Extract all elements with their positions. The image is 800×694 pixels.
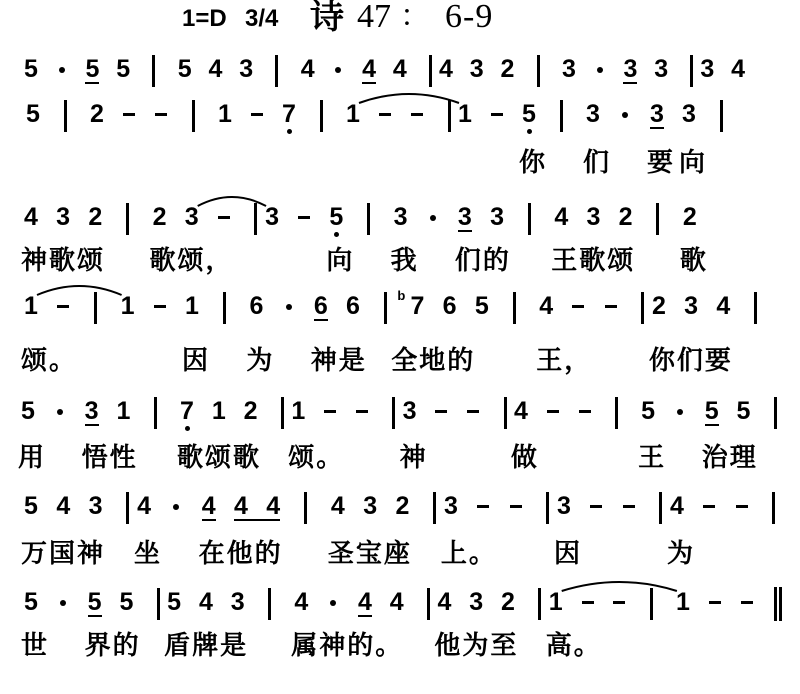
note: 1 xyxy=(116,399,130,424)
beam-underline xyxy=(85,424,99,426)
verse-range: 6-9 xyxy=(445,0,493,34)
note: 1 xyxy=(212,399,226,424)
augmentation-dot xyxy=(335,67,341,73)
score-sheet: 1=D 3/4 诗 47 ： 6-9 55554344443233334 521… xyxy=(0,0,800,694)
augmentation-dot xyxy=(59,67,65,73)
augmentation-dot xyxy=(597,67,603,73)
note: 3 xyxy=(700,57,714,82)
note: 2 xyxy=(501,57,515,82)
lyric-syllables: 颂。 xyxy=(288,445,344,471)
lyric-syllables: 们 xyxy=(583,150,611,176)
lyric-syllables: 属神的。 xyxy=(291,633,403,659)
note: 5 xyxy=(86,57,100,82)
note: 3 xyxy=(623,57,637,82)
duration-dash xyxy=(605,305,617,308)
note: 3 xyxy=(654,57,668,82)
lyric-syllables: 神是 xyxy=(311,348,367,374)
barline xyxy=(126,492,129,524)
note: 3 xyxy=(403,399,417,424)
note: 5 xyxy=(24,57,38,82)
duration-dash xyxy=(435,410,447,413)
lyric-syllables: 做 xyxy=(511,445,539,471)
lyric-syllables: 颂。 xyxy=(21,348,77,374)
duration-dash xyxy=(736,505,748,508)
lyric-syllables: 为 xyxy=(246,348,274,374)
low-octave-dot xyxy=(185,426,190,431)
low-octave-dot xyxy=(287,129,292,134)
lyric-syllables: 你 xyxy=(519,150,547,176)
barline xyxy=(659,492,662,524)
note: 4 xyxy=(208,57,222,82)
note: 7 xyxy=(180,399,194,424)
lyric-syllables: 盾牌是 xyxy=(164,633,248,659)
barline xyxy=(772,492,775,524)
duration-dash xyxy=(218,216,230,219)
lyric-syllables: 万国神 xyxy=(21,541,105,567)
lyric-syllables: 王， xyxy=(536,348,592,374)
duration-dash xyxy=(467,410,479,413)
note: 3 xyxy=(239,57,253,82)
chapter-number: 47 xyxy=(357,0,391,34)
lyric-syllables: 圣宝座 xyxy=(328,541,412,567)
lyric-syllables: 向 xyxy=(326,248,354,274)
note: 2 xyxy=(395,494,409,519)
duration-dash xyxy=(324,410,336,413)
duration-dash xyxy=(709,601,721,604)
low-octave-dot xyxy=(334,232,339,237)
duration-dash xyxy=(623,505,635,508)
duration-dash xyxy=(510,505,522,508)
lyric-syllables: 用 xyxy=(18,445,46,471)
note: 5 xyxy=(116,57,130,82)
duration-dash xyxy=(547,410,559,413)
duration-dash xyxy=(491,113,503,116)
note: 4 xyxy=(56,494,70,519)
beam-underline xyxy=(314,319,328,321)
lyric-syllables: 王 xyxy=(638,445,666,471)
duration-dash xyxy=(57,305,69,308)
duration-dash xyxy=(154,305,166,308)
augmentation-dot xyxy=(286,304,292,310)
lyric-syllables: 你们要 xyxy=(649,348,733,374)
duration-dash xyxy=(703,505,715,508)
augmentation-dot xyxy=(330,600,336,606)
lyric-syllables: 们的 xyxy=(455,248,511,274)
beam-underline xyxy=(234,519,280,521)
barline xyxy=(281,397,284,429)
note: 4 xyxy=(362,57,376,82)
note: 3 xyxy=(89,494,103,519)
lyric-syllables: 界的 xyxy=(85,633,141,659)
note: 4 xyxy=(439,57,453,82)
lyric-syllables: 向 xyxy=(679,150,707,176)
lyric-syllables: 治理 xyxy=(702,445,758,471)
beam-underline xyxy=(88,615,102,617)
augmentation-dot xyxy=(60,600,66,606)
tie-arc xyxy=(0,272,800,302)
tie-arc xyxy=(0,80,800,110)
duration-dash xyxy=(477,505,489,508)
barline xyxy=(154,397,157,429)
lyric-syllables: 歌颂， xyxy=(150,248,234,274)
note: 4 xyxy=(731,57,745,82)
lyric-syllables: 神 xyxy=(400,445,428,471)
tie-arc xyxy=(0,183,800,213)
duration-dash xyxy=(741,601,753,604)
lyric-syllables: 高。 xyxy=(546,633,602,659)
duration-dash xyxy=(123,113,135,116)
barline xyxy=(504,397,507,429)
lyric-syllables: 要 xyxy=(647,150,675,176)
key-signature: 1=D xyxy=(182,7,227,31)
barline xyxy=(304,492,307,524)
reference-separator: ： xyxy=(400,0,430,34)
note: 4 xyxy=(202,494,216,519)
note: 3 xyxy=(444,494,458,519)
beam-underline xyxy=(358,615,372,617)
barline xyxy=(392,397,395,429)
augmentation-dot xyxy=(677,409,683,415)
lyric-syllables: 歌颂歌 xyxy=(177,445,261,471)
note: 3 xyxy=(363,494,377,519)
lyric-syllables: 神歌颂 xyxy=(21,248,105,274)
lyric-syllables: 全地的 xyxy=(391,348,475,374)
time-signature: 3/4 xyxy=(245,7,278,31)
duration-dash xyxy=(613,601,625,604)
duration-dash xyxy=(582,601,594,604)
tie-arc xyxy=(0,568,800,598)
note: 4 xyxy=(331,494,345,519)
note: 3 xyxy=(562,57,576,82)
lyric-syllables: 王歌颂 xyxy=(551,248,635,274)
duration-dash xyxy=(155,113,167,116)
duration-dash xyxy=(379,113,391,116)
note: 5 xyxy=(178,57,192,82)
beam-underline xyxy=(705,424,719,426)
note: 4 xyxy=(514,399,528,424)
lyric-syllables: 歌 xyxy=(680,248,708,274)
low-octave-dot xyxy=(527,129,532,134)
note: 4 xyxy=(670,494,684,519)
duration-dash xyxy=(590,505,602,508)
note: 4 xyxy=(393,57,407,82)
beam-underline xyxy=(202,519,216,521)
lyric-syllables: 世 xyxy=(21,633,49,659)
duration-dash xyxy=(411,113,423,116)
note: 5 xyxy=(705,399,719,424)
beam-underline xyxy=(458,230,472,232)
duration-dash xyxy=(572,305,584,308)
augmentation-dot xyxy=(622,112,628,118)
augmentation-dot xyxy=(430,215,436,221)
duration-dash xyxy=(251,113,263,116)
lyric-syllables: 因 xyxy=(554,541,582,567)
lyric-syllables: 在他的 xyxy=(199,541,283,567)
lyric-syllables: 坐 xyxy=(134,541,162,567)
note: 2 xyxy=(244,399,258,424)
note: 4 xyxy=(234,494,248,519)
note: 3 xyxy=(557,494,571,519)
lyric-syllables: 悟性 xyxy=(82,445,138,471)
duration-dash xyxy=(356,410,368,413)
note: 5 xyxy=(737,399,751,424)
note: 3 xyxy=(470,57,484,82)
augmentation-dot xyxy=(173,504,179,510)
lyric-syllables: 为 xyxy=(667,541,695,567)
barline xyxy=(774,397,777,429)
duration-dash xyxy=(298,216,310,219)
note: 5 xyxy=(21,399,35,424)
lyric-syllables: 因 xyxy=(182,348,210,374)
note: 4 xyxy=(301,57,315,82)
note: 1 xyxy=(291,399,305,424)
lyric-syllables: 上。 xyxy=(441,541,497,567)
duration-dash xyxy=(579,410,591,413)
note: 5 xyxy=(24,494,38,519)
note: 5 xyxy=(641,399,655,424)
beam-underline xyxy=(650,127,664,129)
augmentation-dot xyxy=(57,409,63,415)
barline xyxy=(615,397,618,429)
psalms-book-label: 诗 xyxy=(310,0,344,34)
barline xyxy=(433,492,436,524)
note: 3 xyxy=(85,399,99,424)
note: 4 xyxy=(266,494,280,519)
barline xyxy=(546,492,549,524)
lyric-syllables: 我 xyxy=(391,248,419,274)
note: 4 xyxy=(137,494,151,519)
lyric-syllables: 他为至 xyxy=(434,633,518,659)
